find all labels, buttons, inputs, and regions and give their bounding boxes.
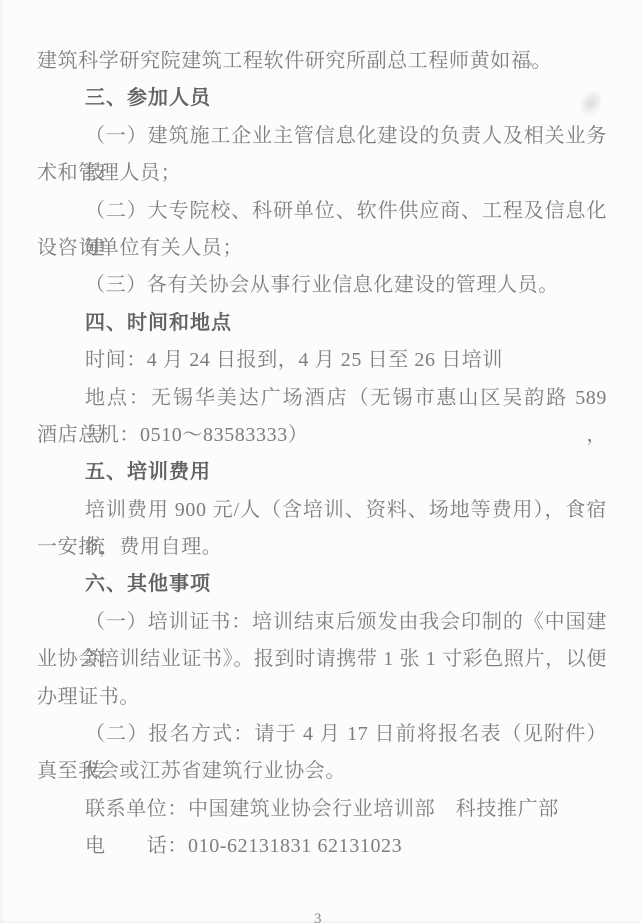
text-line: （一）建筑施工企业主管信息化建设的负责人及相关业务技 xyxy=(37,118,607,155)
text-line: 一安排，费用自理。 xyxy=(37,529,607,566)
text-line: 培训费用 900 元/人（含培训、资料、场地等费用），食宿统 xyxy=(37,492,607,529)
document-body: 建筑科学研究院建筑工程软件研究所副总工程师黄如福。三、参加人员（一）建筑施工企业… xyxy=(37,43,607,866)
scan-artifact-dot xyxy=(528,62,532,66)
text-line: 术和管理人员； xyxy=(37,155,607,192)
text-line: （二）报名方式：请于 4 月 17 日前将报名表（见附件）传 xyxy=(37,716,607,753)
text-line: （一）培训证书：培训结束后颁发由我会印制的《中国建筑 xyxy=(37,604,607,641)
scanned-document-page: 建筑科学研究院建筑工程软件研究所副总工程师黄如福。三、参加人员（一）建筑施工企业… xyxy=(0,0,641,923)
section-heading: 三、参加人员 xyxy=(37,80,607,117)
text-line: 真至我会或江苏省建筑行业协会。 xyxy=(37,753,607,790)
section-heading: 五、培训费用 xyxy=(37,454,607,491)
text-line: （二）大专院校、科研单位、软件供应商、工程及信息化建 xyxy=(37,193,607,230)
text-line: 联系单位：中国建筑业协会行业培训部 科技推广部 xyxy=(37,791,607,828)
text-line: 时间：4 月 24 日报到，4 月 25 日至 26 日培训 xyxy=(37,342,607,379)
text-line: 设咨询单位有关人员； xyxy=(37,230,607,267)
text-line: 办理证书。 xyxy=(37,679,607,716)
text-line: 电 话：010-62131831 62131023 xyxy=(37,828,607,865)
page-number: 3 xyxy=(314,912,322,923)
text-line: 业协会培训结业证书》。报到时请携带 1 张 1 寸彩色照片，以便 xyxy=(37,641,607,678)
section-heading: 六、其他事项 xyxy=(37,566,607,603)
text-line: 建筑科学研究院建筑工程软件研究所副总工程师黄如福。 xyxy=(37,43,607,80)
section-heading: 四、时间和地点 xyxy=(37,305,607,342)
text-line: 地点：无锡华美达广场酒店（无锡市惠山区吴韵路 589 号， xyxy=(37,380,607,417)
text-line: （三）各有关协会从事行业信息化建设的管理人员。 xyxy=(37,267,607,304)
